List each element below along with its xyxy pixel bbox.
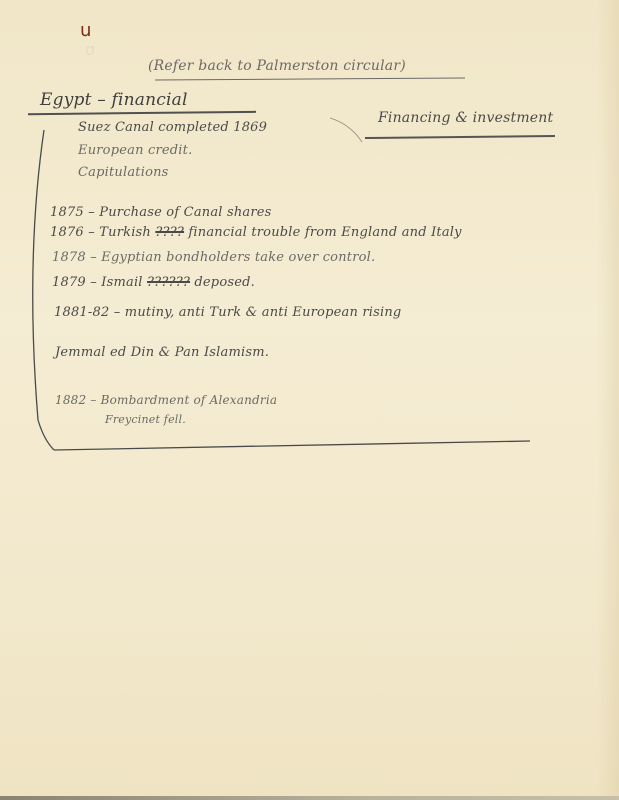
- topic-credit: European credit.: [78, 143, 192, 158]
- topic-suez: Suez Canal completed 1869: [78, 120, 267, 135]
- timeline-prefix: Ismail: [101, 275, 142, 290]
- timeline-year: 1876: [50, 225, 84, 240]
- timeline-year: 1879: [52, 275, 86, 290]
- timeline-year: 1881-82: [54, 305, 109, 320]
- final-event: 1882 – Bombardment of Alexandria: [55, 393, 277, 407]
- final-note: Freycinet fell.: [105, 413, 186, 426]
- timeline-text: Bombardment of Alexandria: [101, 393, 278, 407]
- movement-note: Jemmal ed Din & Pan Islamism.: [55, 345, 269, 360]
- manuscript-page: u ʊ (Refer back to Palmerston circular) …: [0, 0, 619, 800]
- timeline-year: 1882: [55, 393, 86, 407]
- timeline-entry-1881-82: 1881-82 – mutiny, anti Turk & anti Europ…: [54, 305, 401, 320]
- timeline-text: Egyptian bondholders take over control.: [101, 250, 375, 265]
- topic-capitulations: Capitulations: [78, 165, 169, 180]
- timeline-entry-1876: 1876 – Turkish ???? financial trouble fr…: [50, 225, 462, 240]
- timeline-entry-1875: 1875 – Purchase of Canal shares: [50, 205, 272, 220]
- timeline-text: Purchase of Canal shares: [99, 205, 271, 220]
- timeline-prefix: Turkish: [99, 225, 151, 240]
- timeline-entry-1878: 1878 – Egyptian bondholders take over co…: [52, 250, 375, 265]
- timeline-text: financial trouble from England and Italy: [188, 225, 461, 240]
- timeline-year: 1878: [52, 250, 86, 265]
- timeline-year: 1875: [50, 205, 84, 220]
- timeline-text: mutiny, anti Turk & anti European rising: [125, 305, 402, 320]
- timeline-entry-1879: 1879 – Ismail ?????? deposed.: [52, 275, 255, 290]
- struck-word: ????: [155, 225, 184, 240]
- struck-word: ??????: [147, 275, 190, 290]
- timeline-text: deposed.: [194, 275, 255, 290]
